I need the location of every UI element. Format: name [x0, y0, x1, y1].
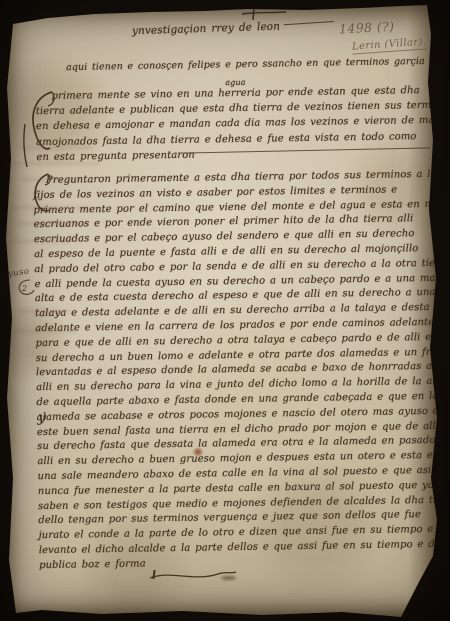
margin-stroke	[20, 124, 32, 168]
margin-note-flourish	[14, 278, 36, 296]
smudge-mark	[221, 576, 236, 580]
archival-date-note: 1498 (?)	[339, 19, 395, 37]
paragraph-2: Preguntaron primeramente a esta dha tier…	[33, 168, 440, 574]
photo-background: ynvestigaçion rrey de leon 1498 (?) Leri…	[0, 0, 450, 621]
initial-flourish	[28, 88, 58, 158]
paragraph-1: agua primera mente se vino en una herrer…	[35, 83, 436, 165]
title-trailing-stroke	[284, 21, 334, 26]
initial-flourish	[30, 172, 54, 214]
manuscript-page: ynvestigaçion rrey de leon 1498 (?) Leri…	[0, 0, 450, 621]
interline-insert-word: agua	[225, 78, 245, 87]
margin-paragraph-sign: y	[37, 410, 47, 427]
ink-stain	[193, 448, 203, 456]
